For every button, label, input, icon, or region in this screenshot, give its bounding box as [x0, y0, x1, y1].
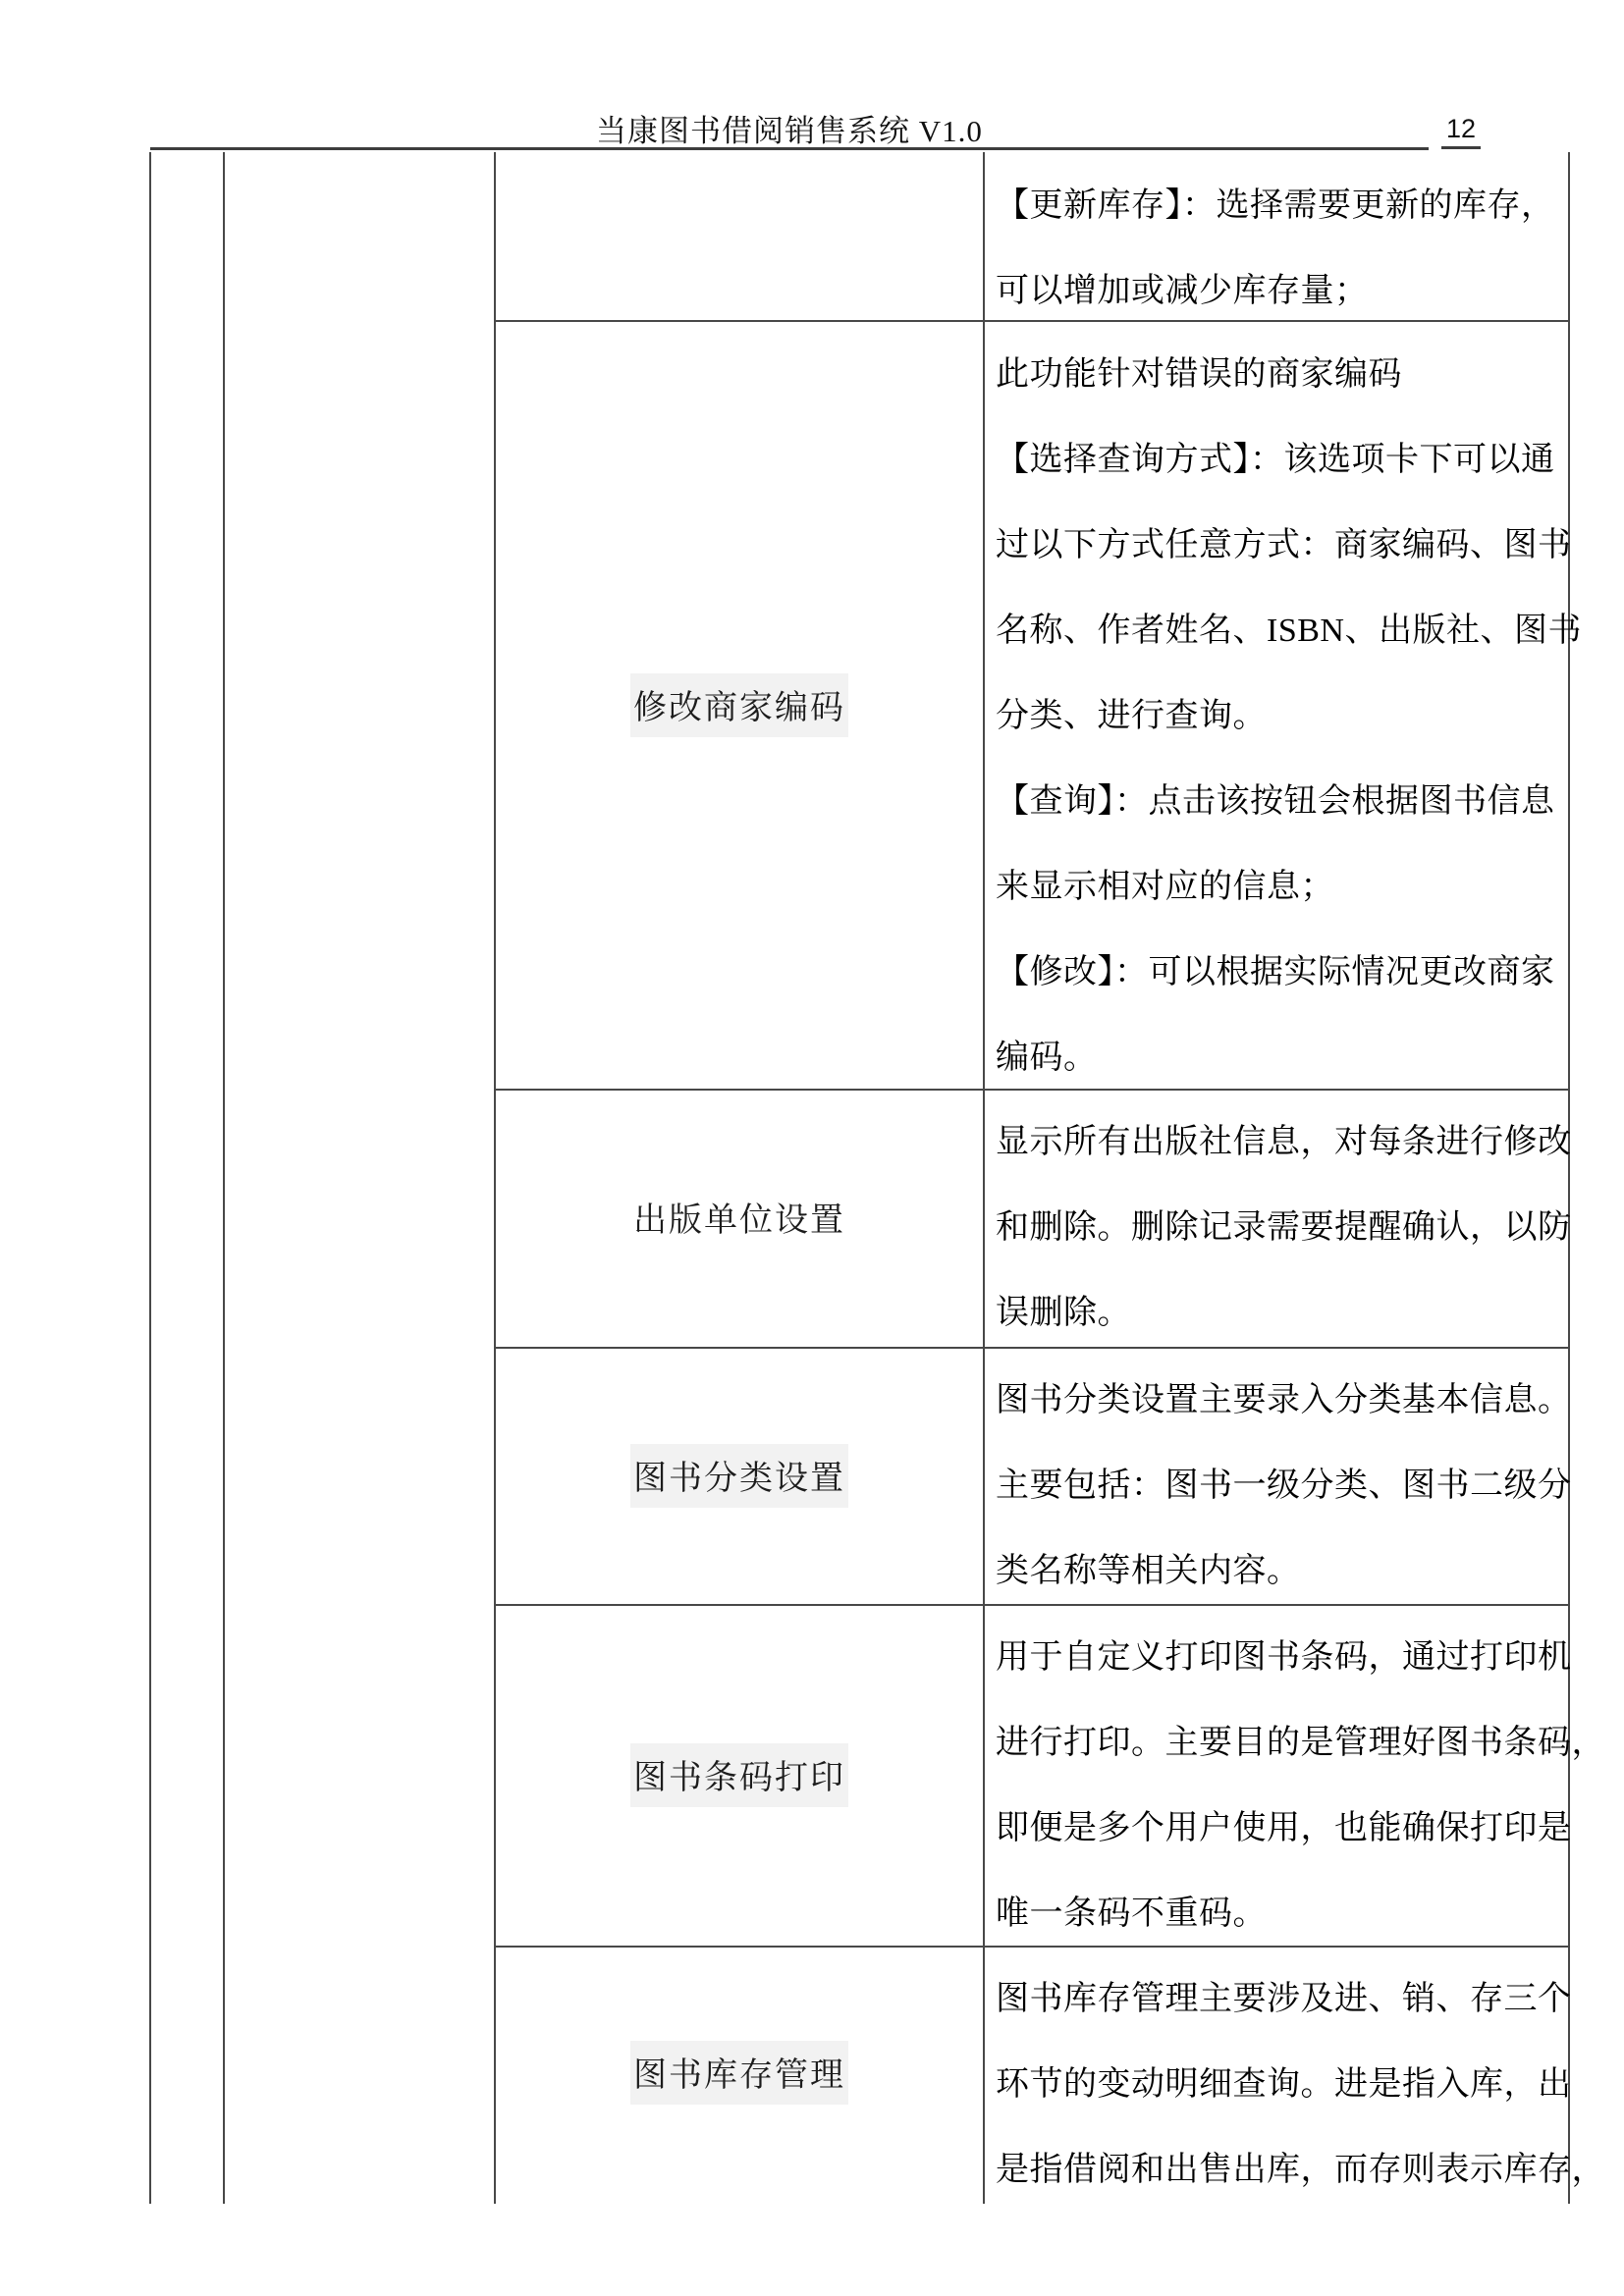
table-cell-description-row5: 用于自定义打印图书条码，通过打印机 进行打印。主要目的是管理好图书条码， 即便是…	[996, 1615, 1569, 1956]
table-cell-label-row2: 修改商家编码	[494, 321, 985, 1089]
table-cell-description-row1: 【更新库存】：选择需要更新的库存， 可以增加或减少库存量；	[996, 163, 1569, 334]
header-rule	[150, 147, 1429, 150]
table-border-vertical-1	[149, 152, 151, 2204]
table-cell-label-row6: 图书库存管理	[494, 1946, 985, 2199]
table-cell-description-row4: 图书分类设置主要录入分类基本信息。 主要包括：图书一级分类、图书二级分 类名称等…	[996, 1358, 1569, 1614]
page-title: 当康图书借阅销售系统 V1.0	[150, 106, 1429, 150]
label-plain: 出版单位设置	[630, 1186, 848, 1250]
label-highlight: 图书库存管理	[630, 2041, 848, 2105]
label-highlight: 图书条码打印	[630, 1743, 848, 1807]
table-cell-description-row2: 此功能针对错误的商家编码 【选择查询方式】：该选项卡下可以通 过以下方式任意方式…	[996, 332, 1569, 1100]
table-cell-description-row3: 显示所有出版社信息，对每条进行修改 和删除。删除记录需要提醒确认，以防 误删除。	[996, 1099, 1569, 1356]
label-highlight: 修改商家编码	[630, 673, 848, 737]
table-cell-label-row3: 出版单位设置	[494, 1089, 985, 1347]
table-cell-label-row4: 图书分类设置	[494, 1347, 985, 1604]
label-highlight: 图书分类设置	[630, 1444, 848, 1508]
table-cell-label-row5: 图书条码打印	[494, 1604, 985, 1946]
document-page: 当康图书借阅销售系统 V1.0 12 修改商家编码 出版单位设置 图书分类设置 …	[0, 0, 1624, 2296]
table-border-vertical-2	[223, 152, 225, 2204]
page-number: 12	[1441, 114, 1481, 149]
table-cell-description-row6: 图书库存管理主要涉及进、销、存三个 环节的变动明细查询。进是指入库，出 是指借阅…	[996, 1956, 1569, 2213]
